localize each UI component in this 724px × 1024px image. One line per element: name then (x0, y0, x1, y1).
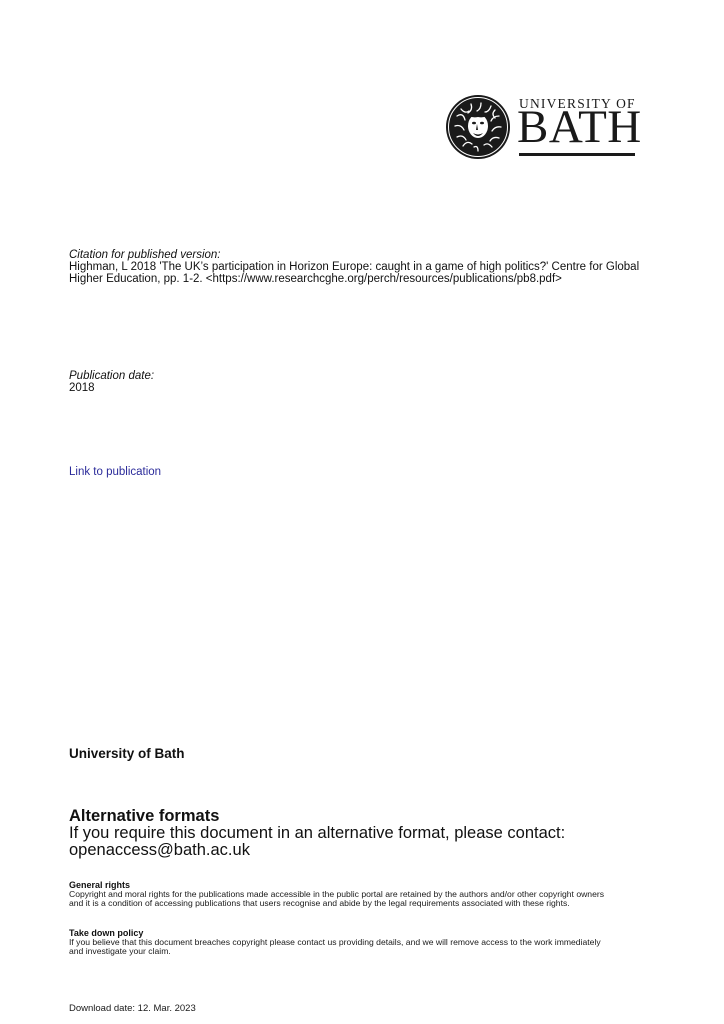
citation-line-2: Higher Education, pp. 1-2. <https://www.… (69, 273, 689, 285)
university-logo: UNIVERSITY OF BATH (445, 94, 637, 164)
takedown-policy-section: Take down policy If you believe that thi… (69, 928, 689, 957)
alternative-formats-title: Alternative formats (69, 807, 669, 825)
citation-line-1: Highman, L 2018 'The UK’s participation … (69, 261, 689, 273)
general-rights-section: General rights Copyright and moral right… (69, 880, 689, 909)
citation-section: Citation for published version: Highman,… (69, 249, 689, 285)
publication-date-section: Publication date: 2018 (69, 370, 369, 394)
takedown-policy-line-2: and investigate your claim. (69, 947, 689, 956)
publication-date-value: 2018 (69, 382, 369, 394)
open-access-email: openaccess@bath.ac.uk (69, 842, 669, 859)
alternative-formats-section: Alternative formats If you require this … (69, 807, 669, 859)
download-date: Download date: 12. Mar. 2023 (69, 1003, 196, 1014)
citation-label: Citation for published version: (69, 249, 689, 261)
general-rights-line-2: and it is a condition of accessing publi… (69, 899, 689, 908)
publication-date-label: Publication date: (69, 370, 369, 382)
university-seal-icon (445, 94, 511, 160)
logo-underline (519, 153, 635, 156)
alternative-formats-text: If you require this document in an alter… (69, 825, 669, 842)
logo-bath-text: BATH (517, 104, 642, 151)
link-to-publication[interactable]: Link to publication (69, 466, 161, 478)
institution-name: University of Bath (69, 746, 185, 761)
